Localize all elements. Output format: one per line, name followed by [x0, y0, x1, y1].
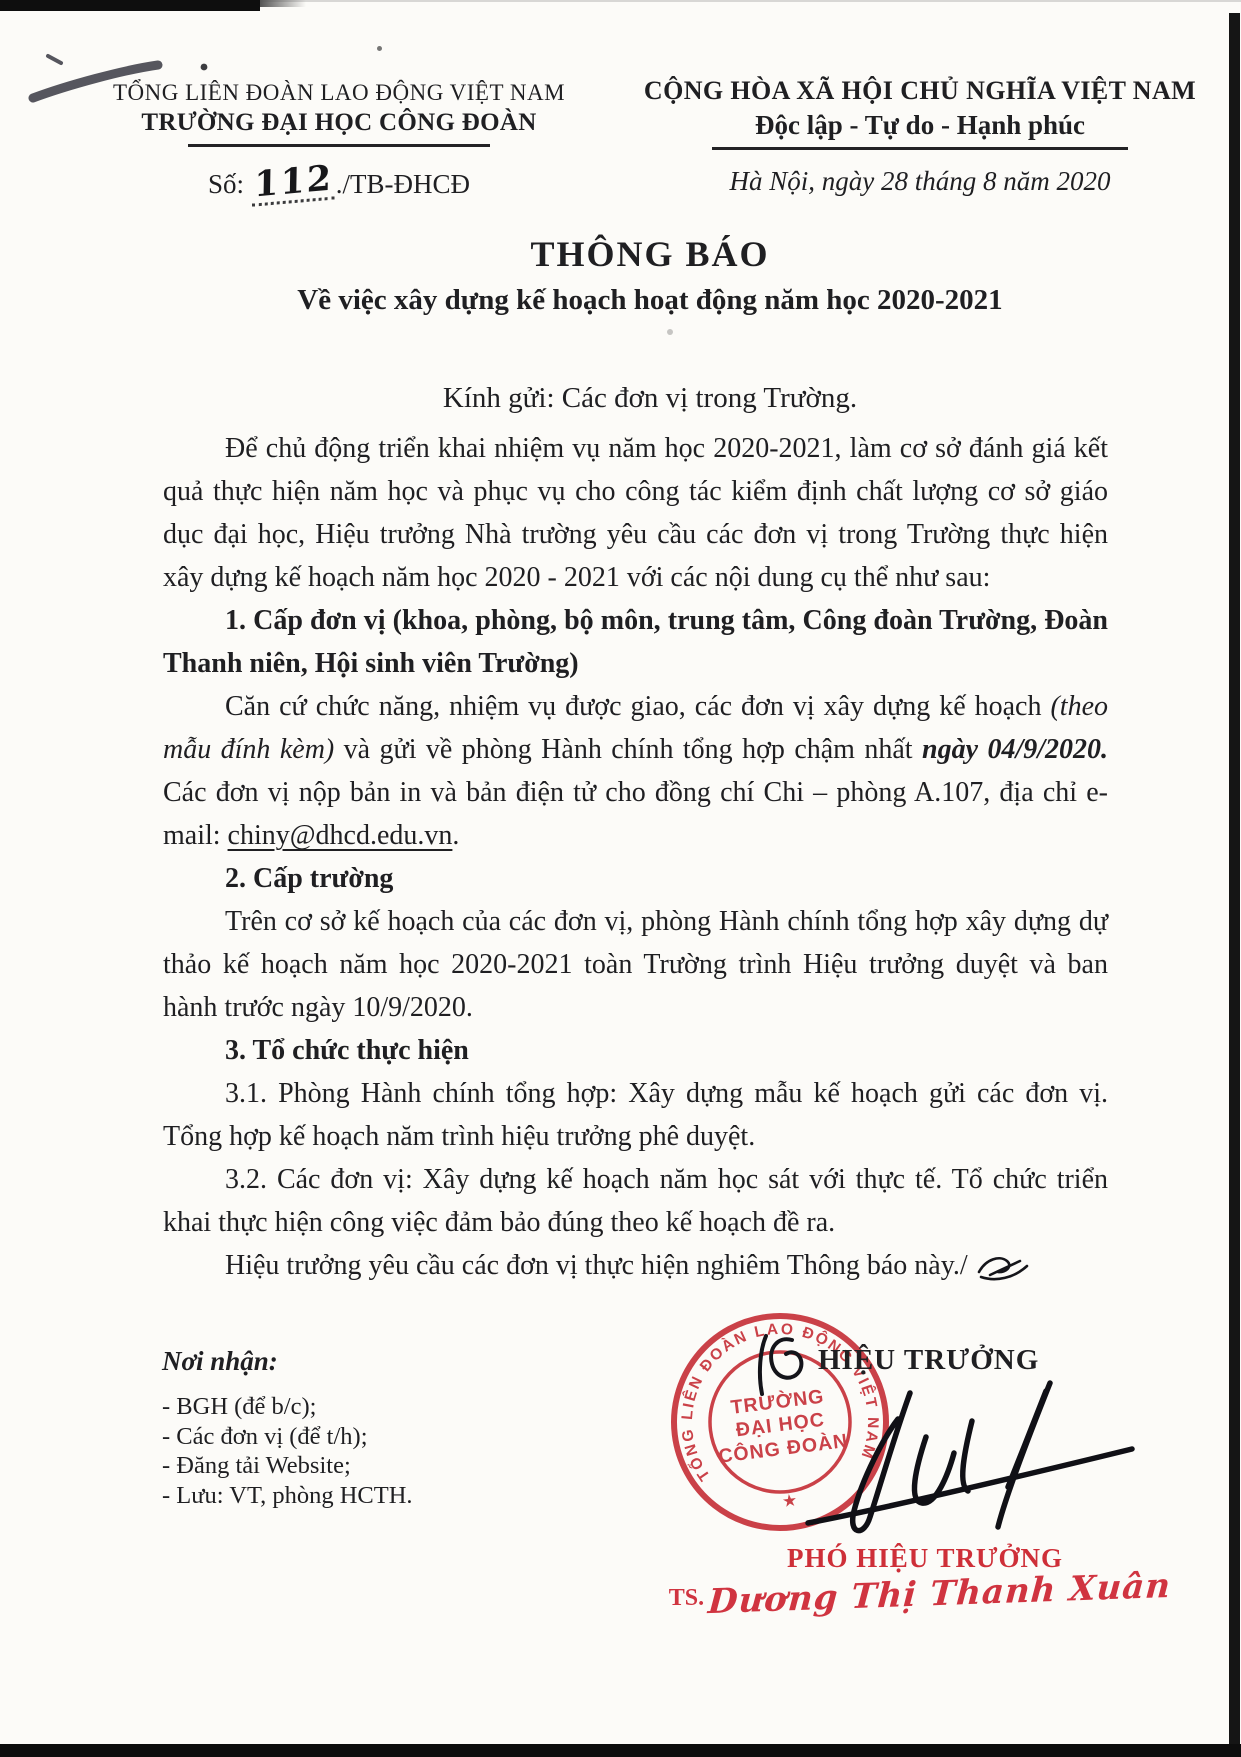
body-paragraph: Hiệu trưởng yêu cầu các đơn vị thực hiện… — [163, 1244, 1108, 1287]
header-divider — [188, 144, 490, 147]
scan-artifact-right-strip — [1229, 13, 1240, 1757]
text-run: 3.1. Phòng Hành chính tổng hợp: Xây dựng… — [163, 1078, 1108, 1152]
pen-squiggle-mark — [976, 1251, 1030, 1281]
signer-title: HIỆU TRƯỞNG — [818, 1344, 1138, 1377]
doc-number-label: Số: — [208, 169, 244, 199]
body-paragraph: 3.1. Phòng Hành chính tổng hợp: Xây dựng… — [163, 1072, 1108, 1158]
body-paragraph: 3. Tổ chức thực hiện — [163, 1029, 1108, 1072]
body-paragraph: 1. Cấp đơn vị (khoa, phòng, bộ môn, trun… — [163, 599, 1108, 685]
university-name: TRƯỜNG ĐẠI HỌC CÔNG ĐOÀN — [108, 109, 570, 137]
document-number-line: Số: 112./TB-ĐHCĐ — [108, 164, 570, 203]
issuing-org-block: TỔNG LIÊN ĐOÀN LAO ĐỘNG VIỆT NAM TRƯỜNG … — [108, 80, 570, 203]
signer-degree: TS. — [669, 1585, 704, 1611]
scan-artifact-bottom-bar — [0, 1744, 1241, 1757]
salutation-line: Kính gửi: Các đơn vị trong Trường. — [180, 382, 1120, 415]
document-body: Để chủ động triển khai nhiệm vụ năm học … — [163, 427, 1108, 1287]
national-motto-block: CỘNG HÒA XÃ HỘI CHỦ NGHĨA VIỆT NAM Độc l… — [612, 76, 1228, 197]
motto-divider — [712, 147, 1128, 150]
scan-artifact-top-bar-fade — [260, 0, 306, 7]
title-block: THÔNG BÁO Về việc xây dựng kế hoạch hoạt… — [180, 233, 1120, 317]
national-title: CỘNG HÒA XÃ HỘI CHỦ NGHĨA VIỆT NAM — [612, 76, 1228, 106]
doc-number-suffix: ./TB-ĐHCĐ — [336, 169, 470, 199]
body-paragraph: 2. Cấp trường — [163, 857, 1108, 900]
text-run: Hiệu trưởng yêu cầu các đơn vị thực hiện… — [225, 1250, 968, 1281]
place-and-date: Hà Nội, ngày 28 tháng 8 năm 2020 — [612, 166, 1228, 197]
scan-artifact-top-bar — [0, 0, 260, 11]
doc-number-handwritten: 112 — [252, 160, 335, 206]
recipients-label: Nơi nhận: — [162, 1346, 278, 1377]
national-motto: Độc lập - Tự do - Hạnh phúc — [612, 110, 1228, 141]
text-run: Để chủ động triển khai nhiệm vụ năm học … — [163, 433, 1108, 593]
recipients-list: - BGH (để b/c);- Các đơn vị (để t/h);- Đ… — [162, 1392, 413, 1510]
signer-name-line: TS. Dương Thị Thanh Xuân — [640, 1574, 1200, 1614]
text-run: và gửi về phòng Hành chính tổng hợp chậm… — [334, 734, 922, 765]
scanned-document-page: TỔNG LIÊN ĐOÀN LAO ĐỘNG VIỆT NAM TRƯỜNG … — [0, 0, 1241, 1757]
text-run: . — [452, 820, 459, 851]
text-run: Căn cứ chức năng, nhiệm vụ được giao, cá… — [225, 691, 1050, 722]
text-run: chiny@dhcd.edu.vn — [228, 820, 453, 851]
scan-speck — [377, 46, 382, 51]
text-run: 3. Tổ chức thực hiện — [225, 1035, 469, 1066]
document-title: THÔNG BÁO — [180, 233, 1120, 275]
parent-org-name: TỔNG LIÊN ĐOÀN LAO ĐỘNG VIỆT NAM — [108, 80, 570, 106]
handwritten-signature — [792, 1375, 1162, 1545]
text-run: Trên cơ sở kế hoạch của các đơn vị, phòn… — [163, 906, 1108, 1023]
body-paragraph: Trên cơ sở kế hoạch của các đơn vị, phòn… — [163, 900, 1108, 1029]
recipient-item: - BGH (để b/c); — [162, 1392, 413, 1422]
text-run: 2. Cấp trường — [225, 863, 393, 894]
text-run: ngày 04/9/2020. — [922, 734, 1108, 765]
text-run: 3.2. Các đơn vị: Xây dựng kế hoạch năm h… — [163, 1164, 1108, 1238]
document-subtitle: Về việc xây dựng kế hoạch hoạt động năm … — [180, 284, 1120, 317]
text-run: 1. Cấp đơn vị (khoa, phòng, bộ môn, trun… — [163, 605, 1108, 679]
signer-name: Dương Thị Thanh Xuân — [707, 1566, 1173, 1622]
body-paragraph: 3.2. Các đơn vị: Xây dựng kế hoạch năm h… — [163, 1158, 1108, 1244]
scan-speck — [667, 329, 673, 335]
body-paragraph: Căn cứ chức năng, nhiệm vụ được giao, cá… — [163, 685, 1108, 857]
recipient-item: - Đăng tải Website; — [162, 1451, 413, 1481]
recipient-item: - Lưu: VT, phòng HCTH. — [162, 1481, 413, 1511]
recipient-item: - Các đơn vị (để t/h); — [162, 1422, 413, 1452]
body-paragraph: Để chủ động triển khai nhiệm vụ năm học … — [163, 427, 1108, 599]
